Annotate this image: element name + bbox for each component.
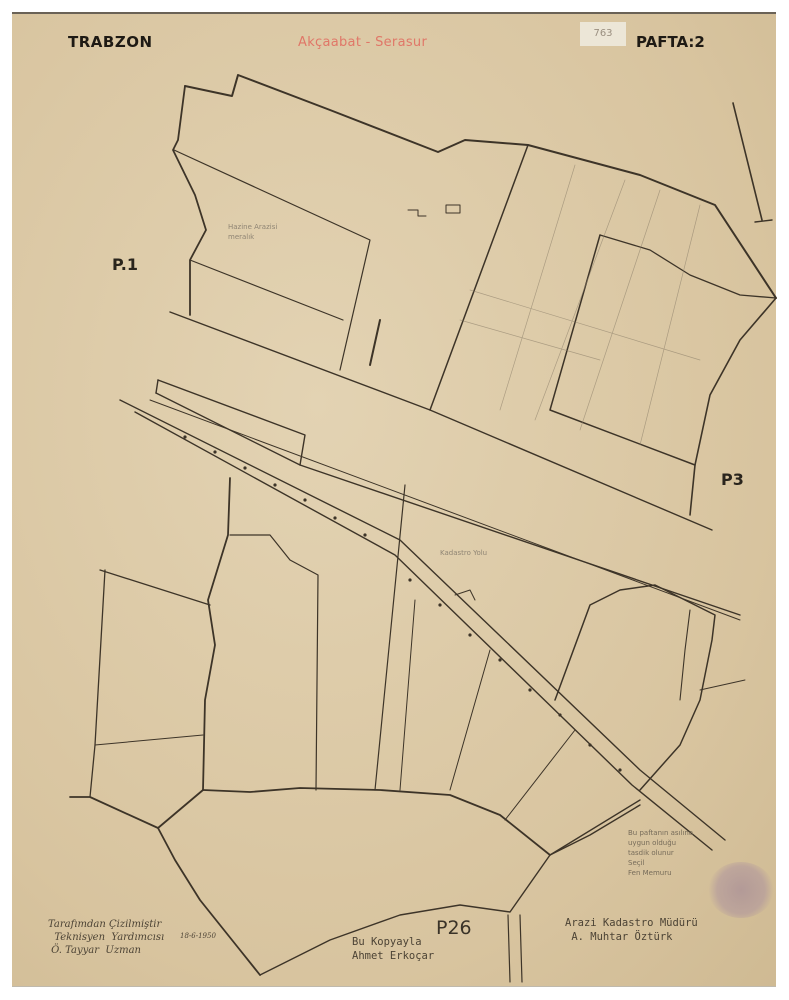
field-note-a: Hazine Arazisi meralık: [228, 222, 277, 242]
drafter-signature-block: Tarafımdan Çizilmiştir Teknisyen Yardımc…: [48, 918, 164, 957]
copy-signature-block: Bu Kopyayla Ahmet Erkoçar: [352, 935, 434, 963]
official-stamp: [708, 862, 774, 918]
locality-title: Akçaabat - Serasur: [298, 35, 427, 50]
approval-note: Bu paftanın asılına uygun olduğu tasdik …: [628, 828, 693, 878]
director-signature-block: Arazi Kadastro Müdürü A. Muhtar Öztürk: [565, 916, 698, 944]
sheet-number-label: 763: [580, 22, 626, 46]
adjacent-sheet-left: P.1: [112, 255, 138, 274]
drafter-date: 18-6-1950: [180, 930, 216, 943]
adjacent-sheet-bottom: P26: [436, 917, 472, 939]
adjacent-sheet-right: P3: [721, 470, 744, 489]
province-title: TRABZON: [68, 33, 153, 51]
sheet-label: PAFTA:2: [636, 33, 705, 51]
field-note-b: Kadastro Yolu: [440, 548, 487, 558]
